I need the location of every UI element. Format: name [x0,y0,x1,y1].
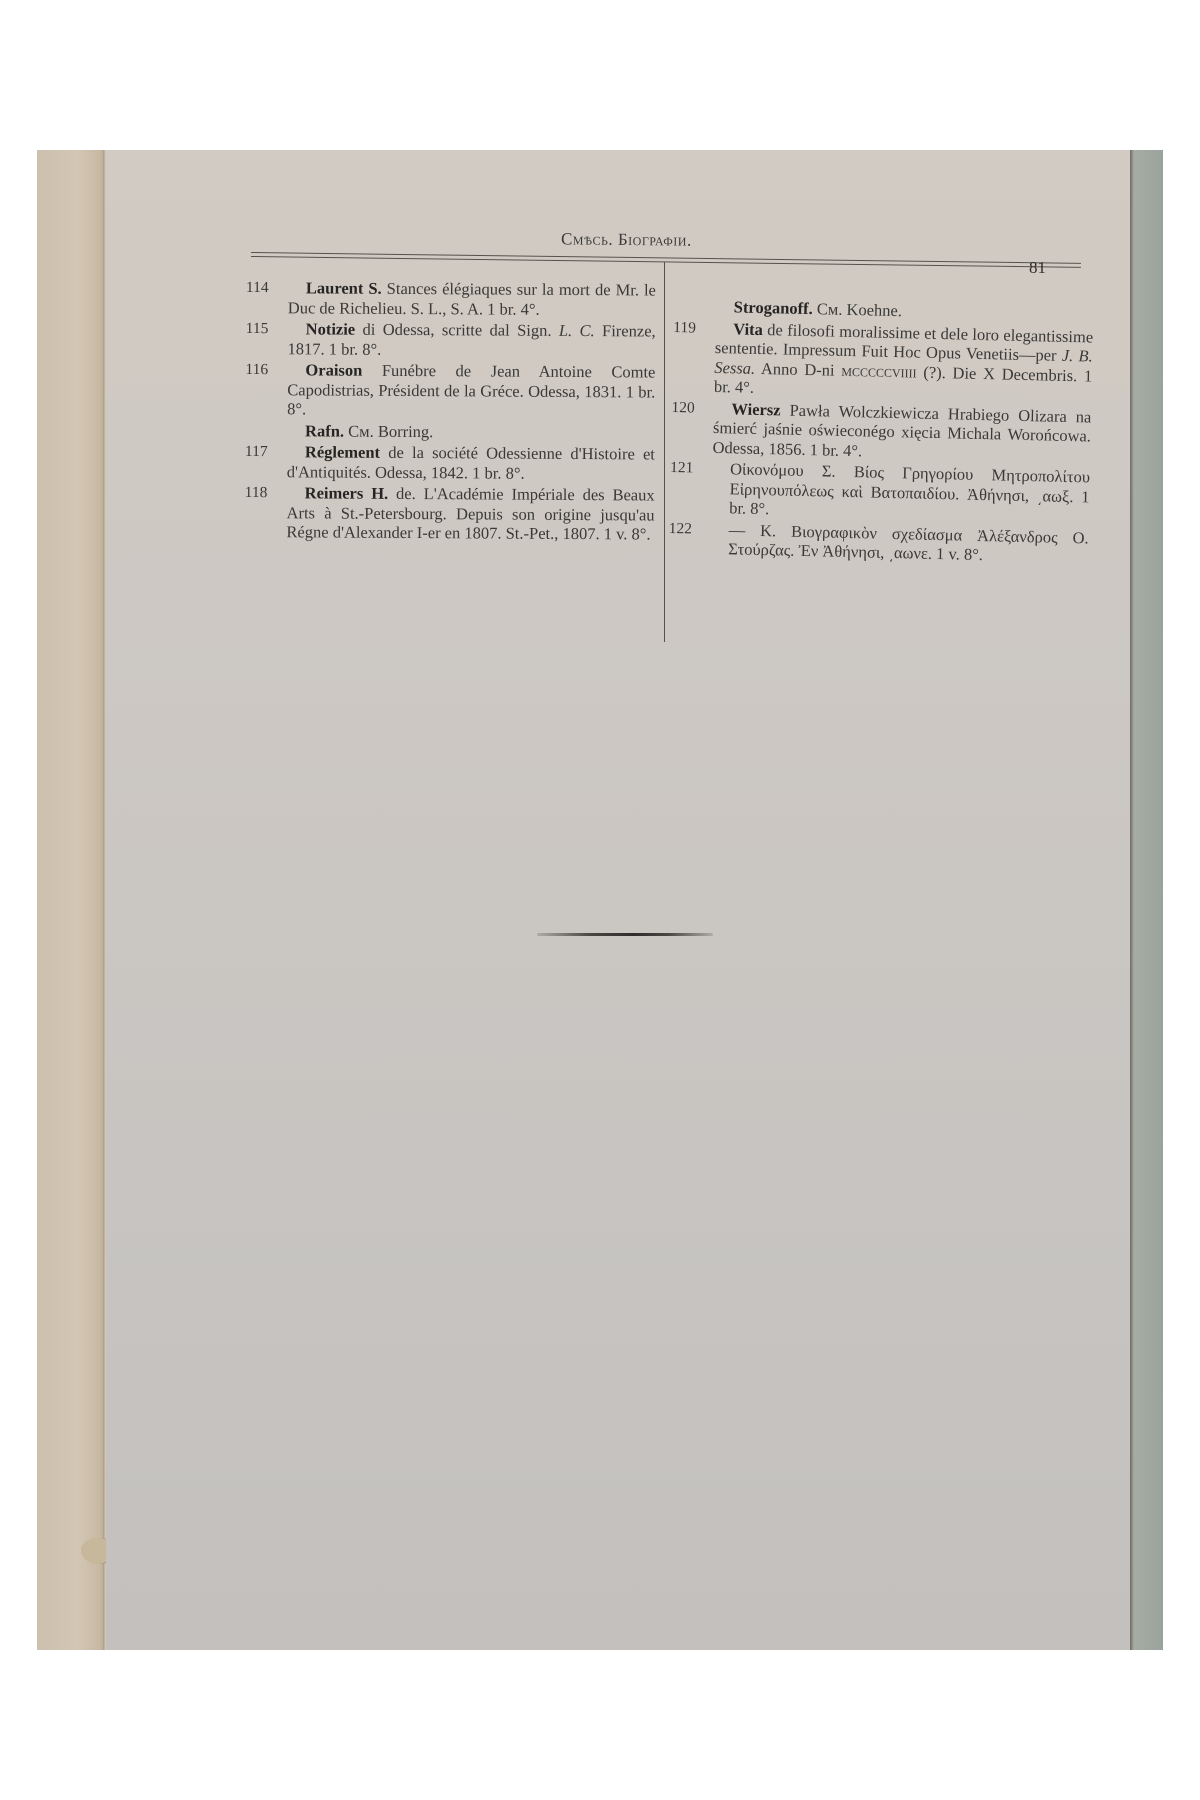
entry-lead-term: Réglement [305,442,380,461]
entry-text: — Κ. Βιογραφικὸν σχεδίασμα Ἀλέξανδρος Ο.… [710,519,1089,567]
entry-text: Vita de filosofi moralissime et dele lor… [714,318,1094,405]
entry-description: — Κ. Βιογραφικὸν σχεδίασμα Ἀλέξανδρος Ο.… [728,520,1089,564]
entry-description: См. Borring. [344,421,433,441]
entry-number: 116 [245,360,279,380]
catalog-entry-119: 119 Vita de filosofi moralissime et dele… [672,317,1094,405]
book-spine-gutter [37,150,105,1650]
entry-text: Laurent S. Stances élégiaques sur la mor… [288,278,656,319]
entry-author-initials: L. C. [559,321,595,340]
scanned-page-photo: Смѣсь. Біографіи. 81 114 Laurent S. Stan… [37,150,1163,1650]
backdrop-right-edge [1130,150,1163,1650]
entry-text: Rafn. См. Borring. [287,421,655,443]
entry-number [674,296,708,297]
entry-number: 119 [673,317,707,337]
entry-lead-term: Rafn. [305,421,344,440]
entry-text: Notizie di Odessa, scritte dal Sign. L. … [288,319,656,360]
entry-text: Reimers H. de. L'Académie Impériale des … [286,483,654,544]
column-divider [664,262,665,642]
page-number: 81 [1029,258,1046,278]
running-header-title: Смѣсь. Біографіи. [561,229,692,250]
catalog-entry-116: 116 Oraison Funébre de Jean Antoine Comt… [245,360,655,421]
entry-roman-year: mcccccviiii [841,360,917,381]
catalog-entry-117: 117 Réglement de la société Odessienne d… [245,442,655,484]
entry-text: Oraison Funébre de Jean Antoine Comte Ca… [287,360,655,421]
cross-reference-rafn: Rafn. См. Borring. [245,420,655,442]
entry-number: 115 [246,319,280,339]
entry-lead-term: Stroganoff. [734,297,813,318]
entry-number: 118 [245,483,279,503]
entry-description: di Odessa, scritte dal Sign. [355,320,551,340]
entry-lead-term: Vita [733,319,763,339]
entry-description: Οἰκονόμου Σ. Βίος Γρηγορίου Μητροπολίτου… [729,459,1090,518]
entry-description: См. Koehne. [813,299,903,320]
catalog-entry-120: 120 Wiersz Pawła Wolczkiewicza Hrabiego … [670,397,1091,465]
entry-number: 120 [671,397,705,417]
catalog-entry-121: 121 Οἰκονόμου Σ. Βίος Γρηγορίου Μητροπολ… [669,458,1090,526]
entry-text: Wiersz Pawła Wolczkiewicza Hrabiego Oliz… [712,398,1091,465]
entry-text: Réglement de la société Odessienne d'His… [287,442,655,483]
catalog-entry-115: 115 Notizie di Odessa, scritte dal Sign.… [246,319,656,361]
entry-number: 114 [246,278,280,298]
entry-number: 117 [245,442,279,462]
entry-text: Οἰκονόμου Σ. Βίος Γρηγορίου Μητροπολίτου… [711,459,1090,526]
entry-lead-term: Oraison [305,360,362,379]
entry-description-cont: Anno D-ni [755,358,842,379]
catalog-entry-118: 118 Reimers H. de. L'Académie Impériale … [244,483,654,544]
header-double-rule [251,252,1081,268]
entry-lead-term: Laurent S. [306,278,382,297]
entry-lead-term: Notizie [306,319,356,338]
left-column: 114 Laurent S. Stances élégiaques sur la… [244,278,656,546]
book-page: Смѣсь. Біографіи. 81 114 Laurent S. Stan… [106,150,1130,1650]
right-column: Stroganoff. См. Koehne. 119 Vita de filo… [668,296,1094,569]
section-end-ornament-rule [537,933,713,936]
catalog-entry-114: 114 Laurent S. Stances élégiaques sur la… [246,278,656,320]
entry-number: 121 [670,458,704,478]
catalog-entry-122: 122 — Κ. Βιογραφικὸν σχεδίασμα Ἀλέξανδρο… [668,518,1089,567]
entry-lead-term: Reimers H. [305,483,389,503]
entry-lead-term: Wiersz [731,399,781,419]
entry-number: 122 [669,518,703,538]
